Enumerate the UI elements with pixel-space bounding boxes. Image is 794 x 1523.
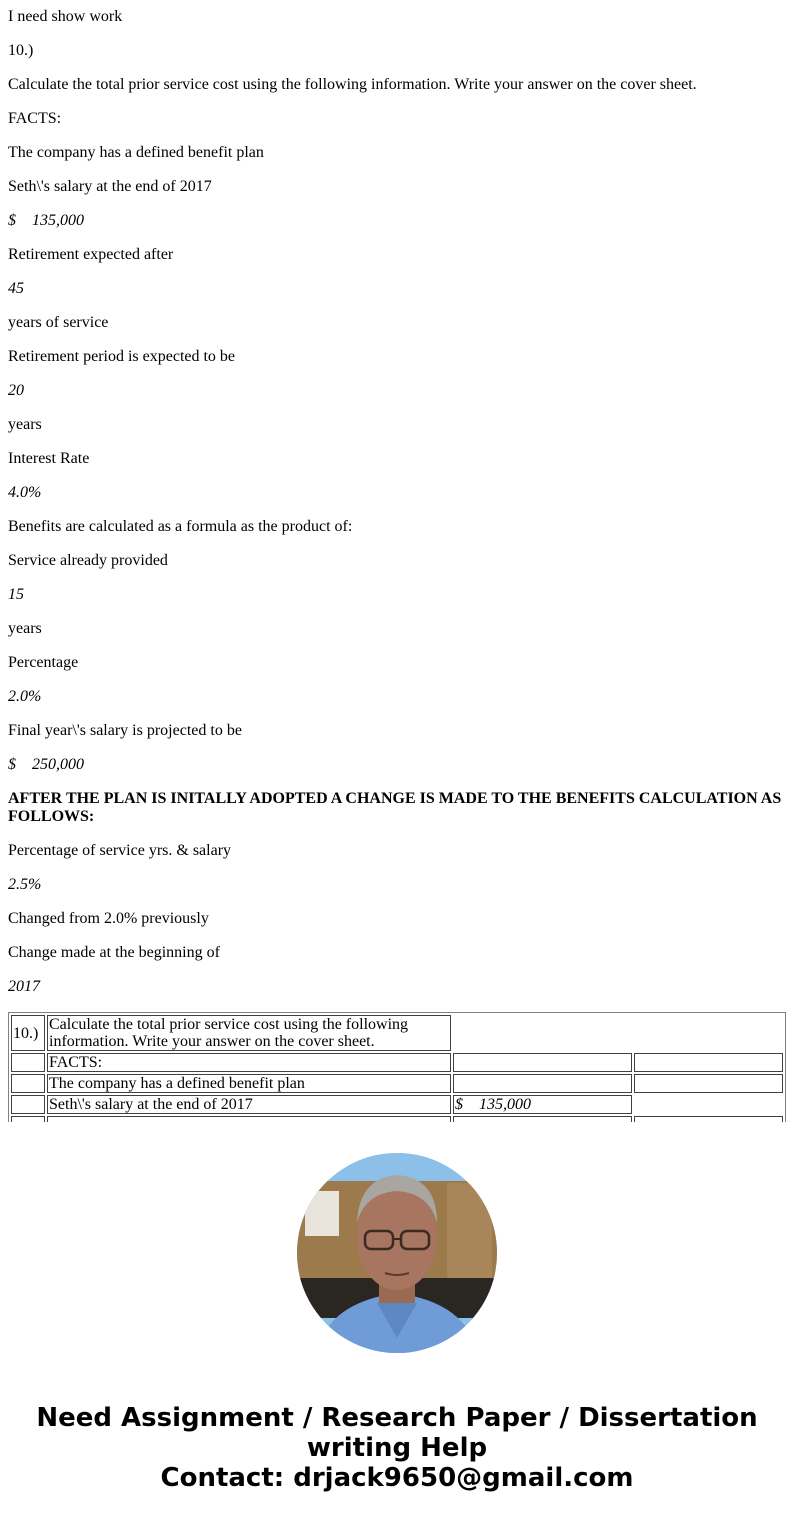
- table-cell-value: [453, 1116, 632, 1122]
- promo-contact: Contact: drjack9650@gmail.com: [0, 1463, 794, 1493]
- retirement-after-value: 45: [8, 280, 24, 298]
- change-heading: AFTER THE PLAN IS INITALLY ADOPTED A CHA…: [8, 790, 786, 826]
- table-row: FACTS:: [11, 1053, 783, 1072]
- retirement-period-unit: years: [8, 416, 42, 434]
- table-cell-desc: FACTS:: [47, 1053, 451, 1072]
- table-cell-extra: [634, 1053, 783, 1072]
- retirement-after-label: Retirement expected after: [8, 246, 173, 264]
- service-unit: years: [8, 620, 42, 638]
- salary-value: $135,000: [8, 212, 84, 230]
- table-cell-num: [11, 1116, 45, 1122]
- table-cell-desc: [47, 1116, 451, 1122]
- table-cell-extra: [634, 1074, 783, 1093]
- retirement-after-unit: years of service: [8, 314, 108, 332]
- person-portrait-icon: [297, 1153, 497, 1353]
- table-row: Seth\'s salary at the end of 2017 $135,0…: [11, 1095, 783, 1114]
- question-text: Calculate the total prior service cost u…: [8, 76, 697, 94]
- question-number: 10.): [8, 42, 33, 60]
- table-cell-desc: Seth\'s salary at the end of 2017: [47, 1095, 451, 1114]
- table-cell-num: [11, 1095, 45, 1114]
- table-cell-value: [453, 1053, 632, 1072]
- table-cell-desc: Calculate the total prior service cost u…: [47, 1015, 451, 1051]
- changed-from-text: Changed from 2.0% previously: [8, 910, 209, 928]
- service-value: 15: [8, 586, 24, 604]
- interest-label: Interest Rate: [8, 450, 89, 468]
- table-cell-num: [11, 1053, 45, 1072]
- benefits-formula-label: Benefits are calculated as a formula as …: [8, 518, 352, 536]
- final-salary-value: $250,000: [8, 756, 84, 774]
- change-made-value: 2017: [8, 978, 40, 996]
- table-cell-extra: [634, 1116, 783, 1122]
- table-cell-desc: The company has a defined benefit plan: [47, 1074, 451, 1093]
- table-cell-empty: [634, 1095, 783, 1114]
- table-row: [11, 1116, 783, 1122]
- change-made-label: Change made at the beginning of: [8, 944, 220, 962]
- table-cell-num: [11, 1074, 45, 1093]
- table-cell-value: [453, 1074, 632, 1093]
- plan-text: The company has a defined benefit plan: [8, 144, 264, 162]
- intro-text: I need show work: [8, 8, 122, 26]
- facts-label: FACTS:: [8, 110, 61, 128]
- table-cell-value: $135,000: [453, 1095, 632, 1114]
- change-pct-label: Percentage of service yrs. & salary: [8, 842, 231, 860]
- table-cell-num: 10.): [11, 1015, 45, 1051]
- percentage-label: Percentage: [8, 654, 78, 672]
- facts-table: 10.) Calculate the total prior service c…: [8, 1012, 786, 1122]
- salary-label: Seth\'s salary at the end of 2017: [8, 178, 212, 196]
- promo-line-1: Need Assignment / Research Paper / Disse…: [0, 1403, 794, 1463]
- facts-table-container: 10.) Calculate the total prior service c…: [8, 1012, 786, 1122]
- change-pct-value: 2.5%: [8, 876, 41, 894]
- table-cell-empty: [453, 1015, 783, 1051]
- service-label: Service already provided: [8, 552, 168, 570]
- percentage-value: 2.0%: [8, 688, 41, 706]
- promo-footer: Need Assignment / Research Paper / Disse…: [0, 1403, 794, 1493]
- table-row: 10.) Calculate the total prior service c…: [11, 1015, 783, 1051]
- final-salary-label: Final year\'s salary is projected to be: [8, 722, 242, 740]
- interest-value: 4.0%: [8, 484, 41, 502]
- table-row: The company has a defined benefit plan: [11, 1074, 783, 1093]
- retirement-period-value: 20: [8, 382, 24, 400]
- retirement-period-label: Retirement period is expected to be: [8, 348, 235, 366]
- profile-photo: [297, 1153, 497, 1353]
